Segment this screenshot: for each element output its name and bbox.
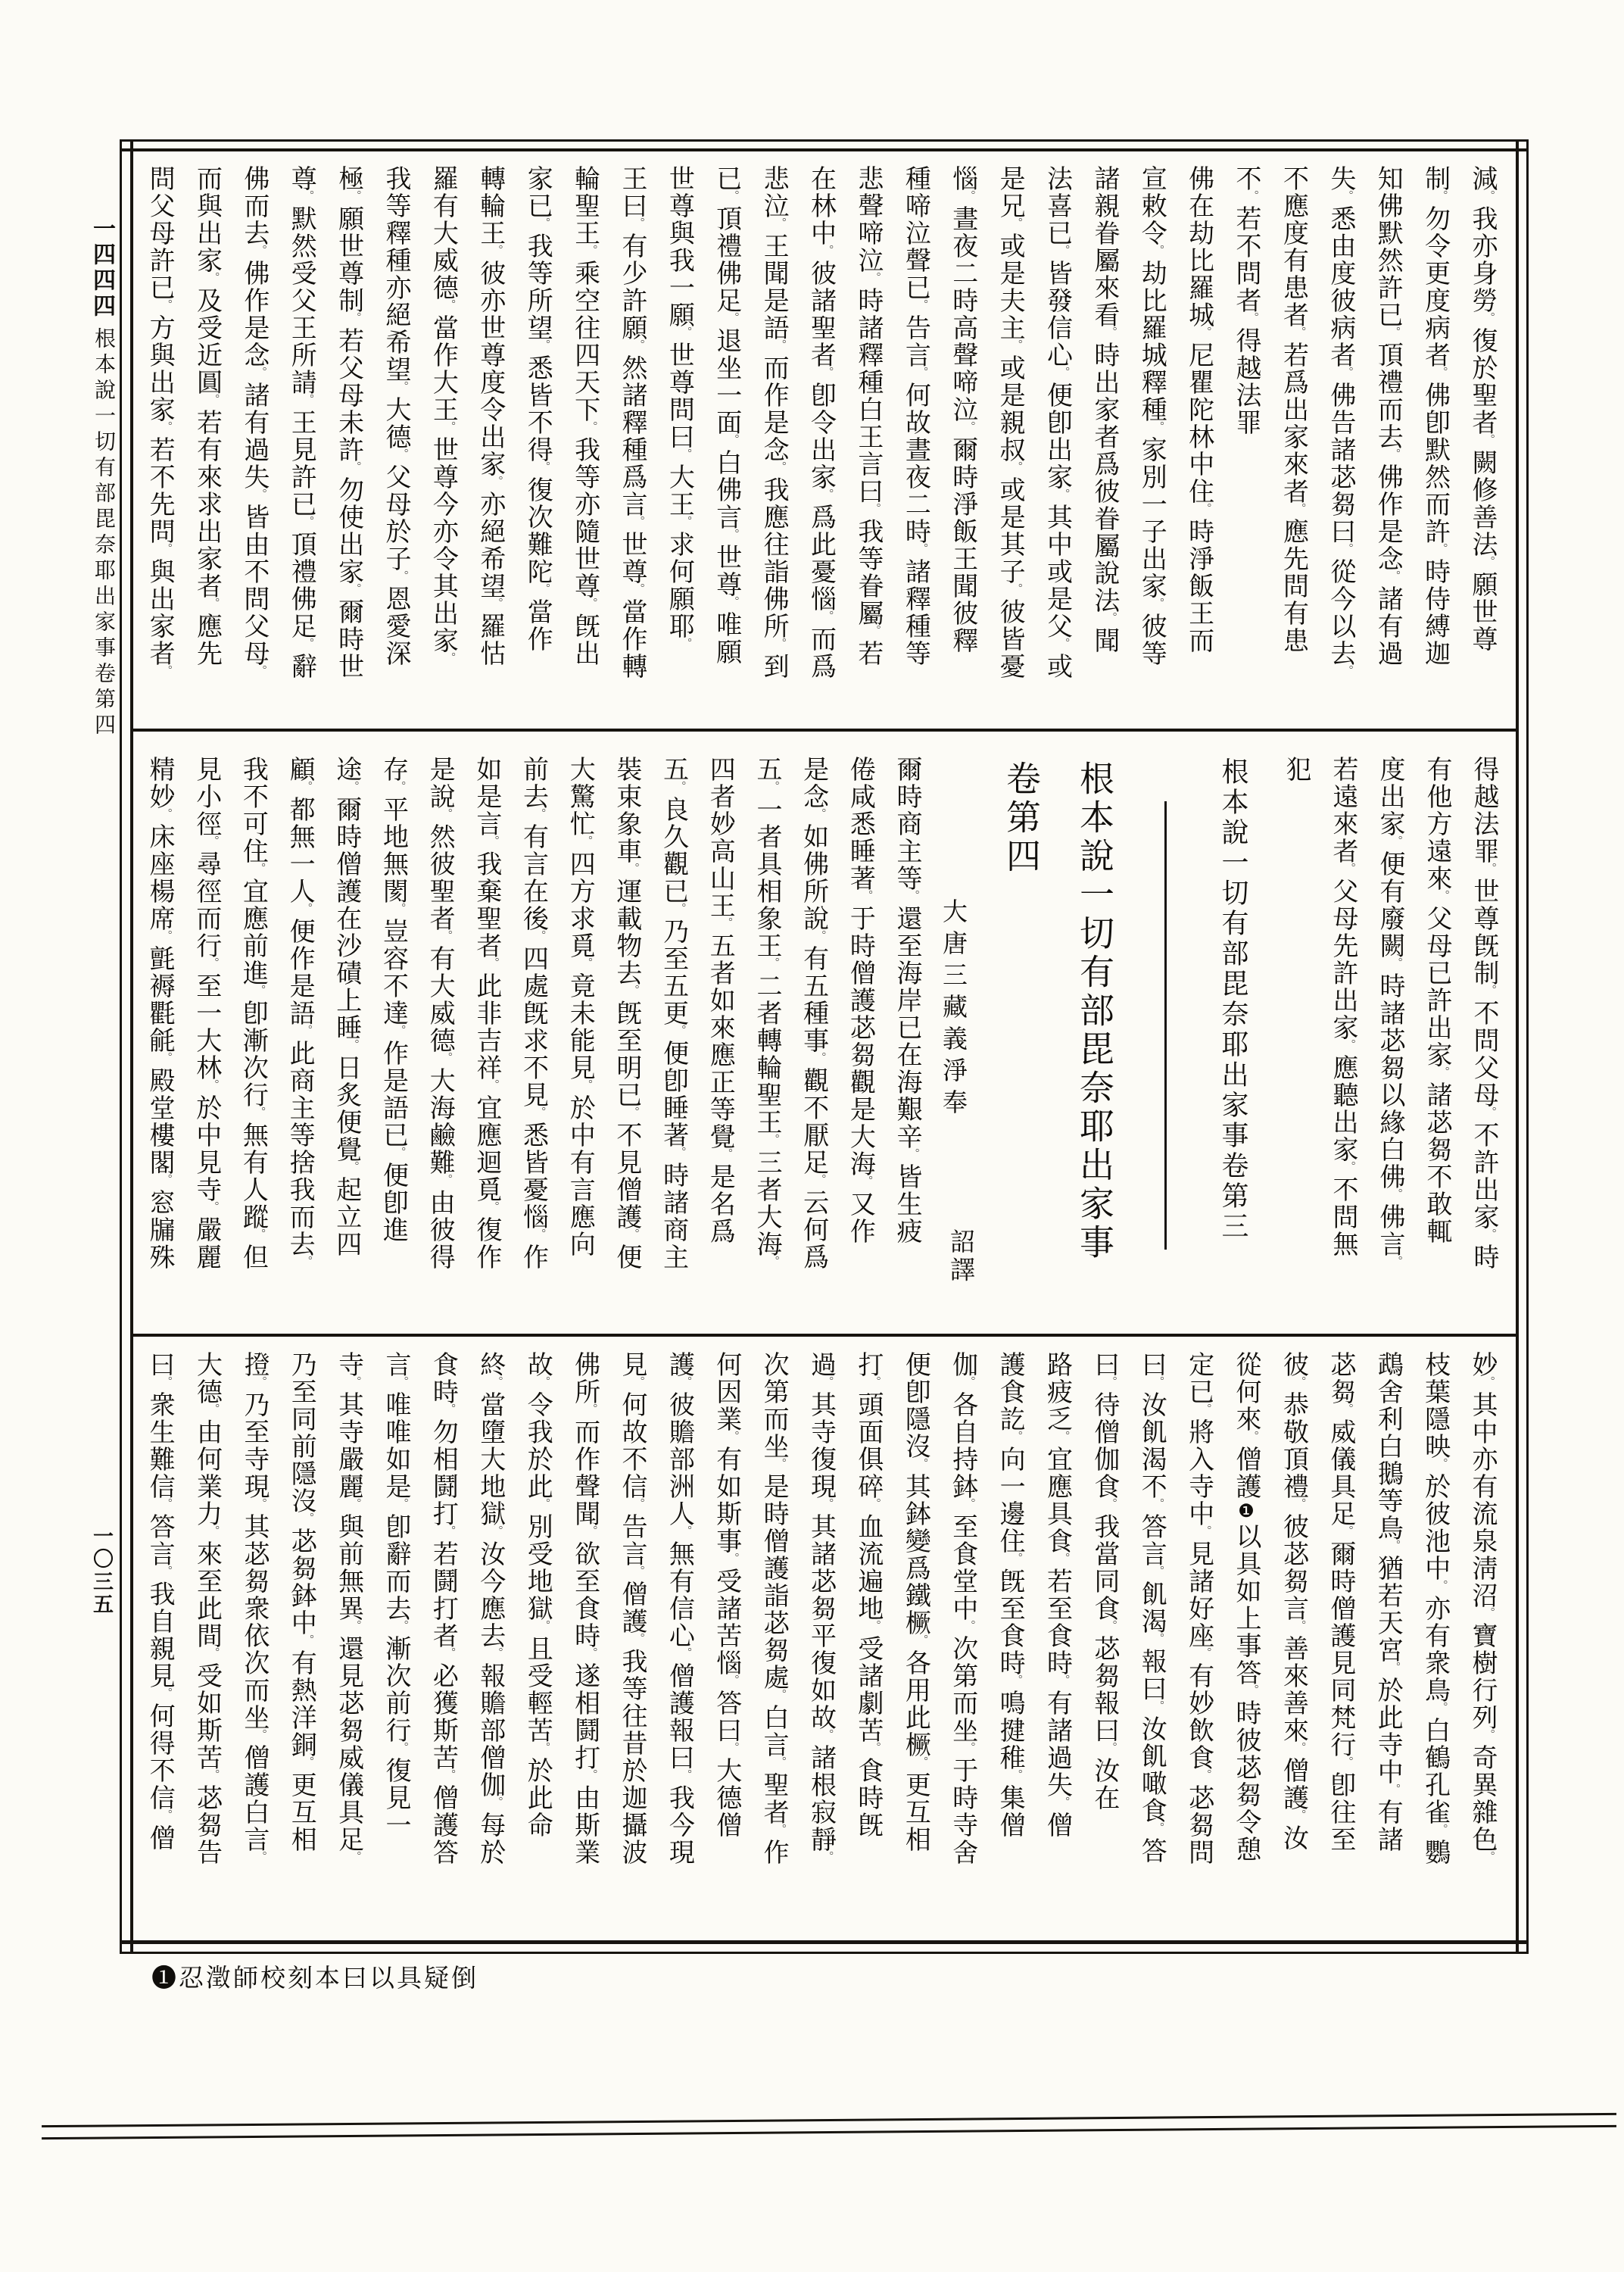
text-column: 爾時商主等。還至海岸已在海艱辛。皆生疲 <box>883 756 930 1328</box>
text-column: 種啼泣聲已。告言。何故晝夜二時。諸釋種等 <box>891 165 938 727</box>
text-column: 有他方遠來。父母已許出家。諸苾芻不敢輒 <box>1413 756 1460 1324</box>
text-column: 極。願世尊制。若父母未許。勿使出家。爾時世 <box>324 165 371 727</box>
text-column: 悲聲啼泣。時諸釋種白王言曰。我等眷屬。若 <box>844 165 891 727</box>
text-column: 佛所。而作聲聞。欲至食時。遂相鬪打。由斯業 <box>560 1351 607 1931</box>
top-band-text: 減。我亦身勞。復於聖者。闕修善法。願世尊制。勿令更度病者。佛卽默然而許。時侍縛迦… <box>135 165 1505 727</box>
juan-divider-rule <box>1164 801 1167 1250</box>
text-column: 伽。各自持鉢。至食堂中。次第而坐。于時寺舍 <box>938 1351 985 1931</box>
text-column: 苾芻。威儀具足。爾時僧護見同梵行。卽往至 <box>1316 1351 1363 1931</box>
frame-top-inner <box>120 148 1528 151</box>
text-column: 撜。乃至寺現。其苾芻衆依次而坐。僧護白言。 <box>229 1351 276 1931</box>
text-column: 世尊與我一願。世尊問曰。大王。求何願耶。 <box>655 165 702 727</box>
text-column: 五。一者具相象王。二者轉輪聖王。三者大海。 <box>743 756 790 1328</box>
text-column: 曰。汝飢渴不。答言。飢渴。報曰。汝飢噉食。答 <box>1127 1351 1174 1931</box>
text-column: 寺。其寺嚴麗。與前無異。還見苾芻威儀具足。 <box>324 1351 371 1931</box>
text-column: 王曰。有少許願。然諸釋種爲言。世尊。當作轉 <box>608 165 655 727</box>
text-column: 言。唯唯如是。卽辭而去。漸次前行。復見一 <box>372 1351 419 1931</box>
band-separator-2 <box>133 1334 1516 1337</box>
middle-band-text: 爾時商主等。還至海岸已在海艱辛。皆生疲倦咸悉睡著。于時僧護苾芻觀是大海。又作是念… <box>135 756 930 1328</box>
text-column: 轉輪王。彼亦世尊度令出家。亦絕希望。羅怙 <box>466 165 513 727</box>
text-column: 曰。待僧伽食。我當同食。苾芻報曰。汝在 <box>1080 1351 1127 1931</box>
middle-band-end-of-juan3: 得越法罪。世尊旣制。不問父母。不許出家。時有他方遠來。父母已許出家。諸苾芻不敢輒… <box>1272 756 1507 1324</box>
margin-page-number: 一〇三五 <box>86 1525 117 1616</box>
text-column: 制。勿令更度病者。佛卽默然而許。時侍縛迦 <box>1410 165 1457 727</box>
text-column: 次第而坐。是時僧護詣苾芻處。白言。聖者。作 <box>750 1351 796 1931</box>
text-column: 家已。我等所望。悉皆不得。復次難陀。當作 <box>513 165 560 727</box>
juan4-opening-title: 根本說一切有部毘奈耶出家事 <box>1069 760 1119 1262</box>
text-column: 見小徑。尋徑而行。至一大林。於中見寺。嚴麗 <box>182 756 229 1328</box>
text-column: 四者妙高山王。五者如來應正等覺。是名爲 <box>697 756 743 1328</box>
juan3-closing-title: 根本說一切有部毘奈耶出家事卷第三 <box>1210 757 1257 1242</box>
text-column: 諸親眷屬來看。時出家者爲彼眷屬說法。聞 <box>1080 165 1127 727</box>
translator-attribution-suffix: 詔譯 <box>937 1228 983 1284</box>
text-column: 打。頭面俱碎。血流遍地。受諸劇苦。食時旣 <box>844 1351 891 1931</box>
text-column: 見。何故不信。告言。僧護。我等往昔於迦攝波 <box>608 1351 655 1931</box>
scan-artifact-line-1 <box>42 2113 1616 2127</box>
text-column: 存。平地無閡。豈容不達。作是語已。便卽進 <box>369 756 416 1328</box>
frame-left-outer <box>120 139 122 1954</box>
text-column: 知佛默然許已。頂禮而去。佛作是念。諸有過 <box>1364 165 1410 727</box>
text-column: 前去。有言在後。四處旣求不見。悉皆憂惱。作 <box>510 756 556 1328</box>
text-column: 定已。將入寺中。見諸好座。有妙飲食。苾芻問 <box>1174 1351 1221 1931</box>
text-column: 是說。然彼聖者。有大威德。大海鹼難。由彼得 <box>416 756 463 1328</box>
text-column: 犯 <box>1272 756 1319 1324</box>
text-column: 問父母許已。方與出家。若不先問。與出家者。 <box>136 165 182 727</box>
text-column: 佛在劫比羅城。尼瞿陀林中住。時淨飯王而 <box>1174 165 1221 727</box>
text-column: 得越法罪。世尊旣制。不問父母。不許出家。時 <box>1460 756 1507 1324</box>
bottom-band-text: 妙。其中亦有流泉淸沼。寶樹行列。奇異雜色。枝葉隱映。於彼池中。亦有衆鳥。白鶴孔雀… <box>135 1351 1505 1931</box>
frame-top-outer <box>120 139 1528 142</box>
text-column: 而與出家。及受近圓。若有來求出家者。應先 <box>182 165 229 727</box>
text-column: 過。其寺復現。其諸苾芻平復如故。諸根寂靜。 <box>796 1351 843 1931</box>
text-column: 彼。恭敬頂禮。彼苾芻言。善來善來。僧護。汝 <box>1269 1351 1316 1931</box>
text-column: 裝束象車。運載物去。旣至明已。不見僧護。便 <box>603 756 650 1328</box>
margin-running-title: 根本說一切有部毘奈耶出家事卷第四 <box>88 327 118 739</box>
text-column: 從何來。僧護❶以具如上事答。時彼苾芻令憩 <box>1222 1351 1269 1931</box>
frame-right-outer <box>1526 139 1529 1954</box>
text-column: 佛而去。佛作是念。諸有過失。皆由不問父母。 <box>229 165 276 727</box>
text-column: 是兄。或是夫主。或是親叔。或是其子。彼皆憂 <box>986 165 1033 727</box>
text-column: 悲泣。王聞是語。而作是念。我應往詣佛所。到 <box>750 165 796 727</box>
text-column: 故。令我於此。別受地獄。且受輕苦。於此命 <box>513 1351 560 1931</box>
scanned-canon-page: 一四四四 根本說一切有部毘奈耶出家事卷第四 一〇三五 減。我亦身勞。復於聖者。闕… <box>0 0 1624 2272</box>
text-column: 精妙。床座楊席。氈褥氍毹。殿堂樓閣。窓牖殊 <box>136 756 182 1328</box>
band-separator-1 <box>133 729 1516 732</box>
frame-left-inner <box>130 139 133 1954</box>
text-column: 路疲乏。宜應具食。若至食時。有諸過失。僧 <box>1033 1351 1080 1931</box>
text-column: 倦咸悉睡著。于時僧護苾芻觀是大海。又作 <box>837 756 884 1328</box>
text-column: 護。彼贍部洲人。無有信心。僧護報曰。我今現 <box>655 1351 702 1931</box>
text-column: 護食訖。向一邊住。旣至食時。鳴揵稚。集僧 <box>986 1351 1033 1931</box>
text-column: 途。爾時僧護在沙磧上睡。日炙便覺。起立四 <box>323 756 369 1328</box>
text-column: 若遠來者。父母先許出家。應聽出家。不問無 <box>1319 756 1366 1324</box>
text-column: 宣敕令。劫比羅城釋種。家別一子出家。彼等 <box>1127 165 1174 727</box>
text-column: 羅有大威德。當作大王。世尊今亦令其出家。 <box>419 165 466 727</box>
text-column: 減。我亦身勞。復於聖者。闕修善法。願世尊 <box>1458 165 1505 727</box>
text-column: 度出家。便有廢闕。時諸苾芻以緣白佛。佛言。 <box>1366 756 1413 1324</box>
text-column: 已。頂禮佛足。退坐一面。白佛言。世尊。唯願 <box>702 165 749 727</box>
text-column: 不應度有患者。若爲出家來者。應先問有患 <box>1269 165 1316 727</box>
text-column: 惱。晝夜二時高聲啼泣。爾時淨飯王聞彼釋 <box>938 165 985 727</box>
text-column: 在林中。彼諸聖者。卽令出家。爲此憂惱。而爲 <box>796 165 843 727</box>
scan-artifact-line-2 <box>42 2125 1616 2139</box>
text-column: 大德。由何業力。來至此間。受如斯苦。苾芻告 <box>182 1351 229 1931</box>
text-column: 枝葉隱映。於彼池中。亦有衆鳥。白鶴孔雀。鸚 <box>1410 1351 1457 1931</box>
text-column: 終。當墮大地獄。汝今應去。報贍部僧伽。每於 <box>466 1351 513 1931</box>
frame-bottom-outer <box>120 1940 1528 1944</box>
translator-attribution: 大唐三藏義淨奉 <box>930 898 975 1121</box>
text-column: 是念。如佛所說。有五種事。觀不厭足。云何爲 <box>790 756 837 1328</box>
text-column: 尊。默然受父王所請。王見許已。頂禮佛足。辭 <box>277 165 324 727</box>
text-column: 大驚忙。四方求覓。竟未能見。於中有言應向 <box>556 756 603 1328</box>
frame-right-inner <box>1516 139 1519 1954</box>
text-column: 乃至同前隱沒。苾芻鉢中。有熱洋銅。更互相 <box>277 1351 324 1931</box>
text-column: 何因業。有如斯事。受諸苦惱。答曰。大德僧 <box>702 1351 749 1931</box>
text-column: 食時。勿相鬪打。若鬪打者。必獲斯苦。僧護答 <box>419 1351 466 1931</box>
text-column: 法喜已。皆發信心。便卽出家。其中或是父。或 <box>1033 165 1080 727</box>
text-column: 五。良久觀已。乃至五更。便卽睡著。時諸商主 <box>650 756 697 1328</box>
text-column: 不。若不問者。得越法罪 <box>1222 165 1269 727</box>
text-column: 我等釋種亦絕希望。大德。父母於子。恩愛深 <box>372 165 419 727</box>
margin-folio-number: 一四四四 <box>85 217 118 320</box>
text-column: 我不可住。宜應前進。卽漸次行。無有人蹤。但 <box>229 756 276 1328</box>
text-column: 鵡舍利白鵝等鳥。猶若天宮。於此寺中。有諸 <box>1364 1351 1410 1931</box>
text-column: 輪聖王。乘空往四天下。我等亦隨世尊。旣出 <box>560 165 607 727</box>
text-column: 顧。都無一人。便作是語。此商主等捨我而去。 <box>276 756 323 1328</box>
text-column: 失。悉由度彼病者。佛告諸苾芻曰。從今以去。 <box>1316 165 1363 727</box>
frame-bottom-inner <box>120 1952 1528 1954</box>
text-column: 便卽隱沒。其鉢變爲鐵橛。各用此橛。更互相 <box>891 1351 938 1931</box>
text-column: 如是言。我棄聖者。此非吉祥。宜應迴覓。復作 <box>463 756 510 1328</box>
text-column: 曰。衆生難信。答言。我自親見。何得不信。僧 <box>136 1351 182 1931</box>
juan4-fascicle-label: 卷第四 <box>996 760 1045 876</box>
text-column: 妙。其中亦有流泉淸沼。寶樹行列。奇異雜色。 <box>1458 1351 1505 1931</box>
collation-footnote: ❶忍澂師校刻本曰以具疑倒 <box>151 1958 478 1994</box>
